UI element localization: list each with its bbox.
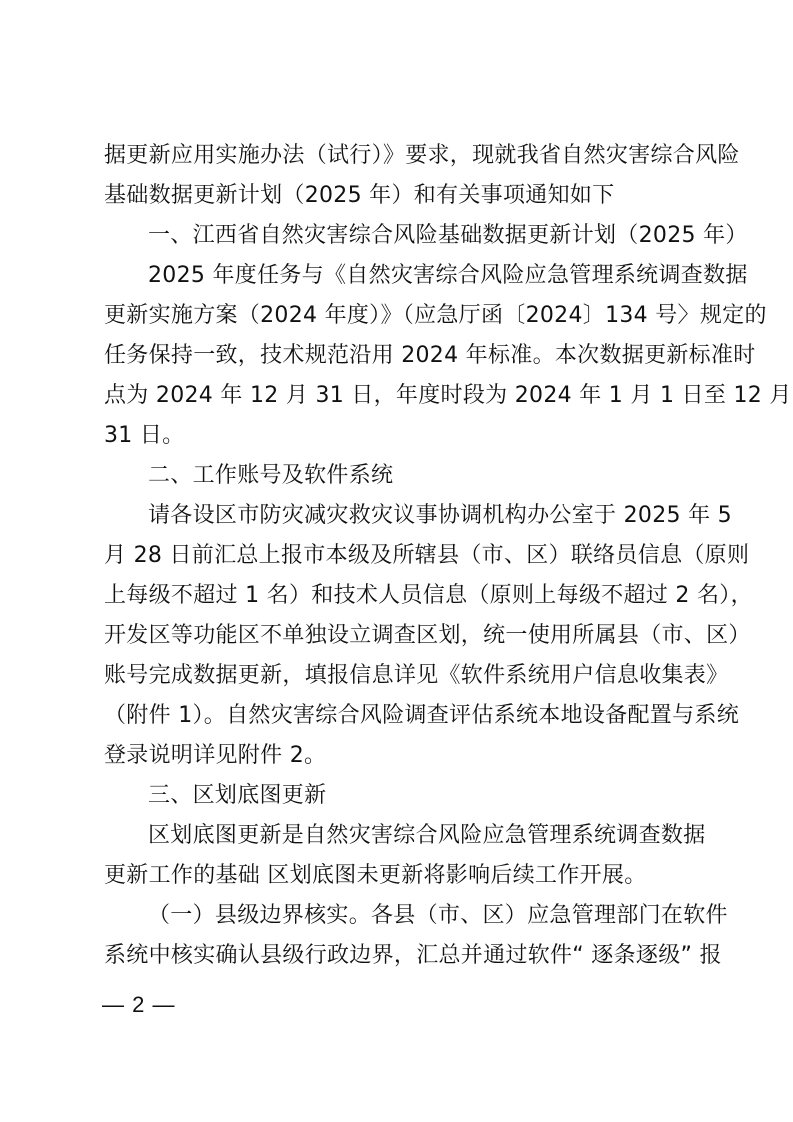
body-line-10: 请各设区市防灾减灾救灾议事协调机构办公室于 2025 年 5 [104,496,694,536]
body-line-21: 系统中核实确认县级行政边界，汇总并通过软件“ 逐条逐级” 报 [104,936,694,976]
body-line-13: 开发区等功能区不单独设立调查区划，统一使用所属县（市、区） [104,616,694,656]
body-line-4: 2025 年度任务与《自然灾害综合风险应急管理系统调查数据 [104,256,694,296]
body-line-6: 任务保持一致，技术规范沿用 2024 年标准。本次数据更新标准时 [104,336,694,376]
body-line-19: 更新工作的基础 区划底图未更新将影响后续工作开展。 [104,856,694,896]
section-heading-2: 二、工作账号及软件系统 [104,456,694,496]
body-line-14: 账号完成数据更新，填报信息详见《软件系统用户信息收集表》 [104,656,694,696]
page-number: — 2 — [102,990,175,1020]
body-line-12: 上每级不超过 1 名）和技术人员信息（原则上每级不超过 2 名）， [104,576,694,616]
section-heading-3: 三、区划底图更新 [104,776,694,816]
subsection-line-1: （一）县级边界核实。各县（市、区）应急管理部门在软件 [104,896,694,936]
body-line-16: 登录说明详见附件 2。 [104,736,694,776]
section-heading-1: 一、江西省自然灾害综合风险基础数据更新计划（2025 年） [104,216,694,256]
body-line-2: 基础数据更新计划（2025 年）和有关事项通知如下 [104,176,694,216]
body-line-18: 区划底图更新是自然灾害综合风险应急管理系统调查数据 [104,816,694,856]
body-line-11: 月 28 日前汇总上报市本级及所辖县（市、区）联络员信息（原则 [104,536,694,576]
document-body: 据更新应用实施办法（试行）》要求，现就我省自然灾害综合风险 基础数据更新计划（2… [104,136,694,976]
body-line-7: 点为 2024 年 12 月 31 日，年度时段为 2024 年 1 月 1 日… [104,376,694,416]
body-line-8: 31 日。 [104,416,694,456]
body-line-5: 更新实施方案（2024 年度）》（应急厅函〔2024〕134 号〉规定的 [104,296,694,336]
body-line-15: （附件 1）。自然灾害综合风险调查评估系统本地设备配置与系统 [104,696,694,736]
body-line-1: 据更新应用实施办法（试行）》要求，现就我省自然灾害综合风险 [104,136,694,176]
